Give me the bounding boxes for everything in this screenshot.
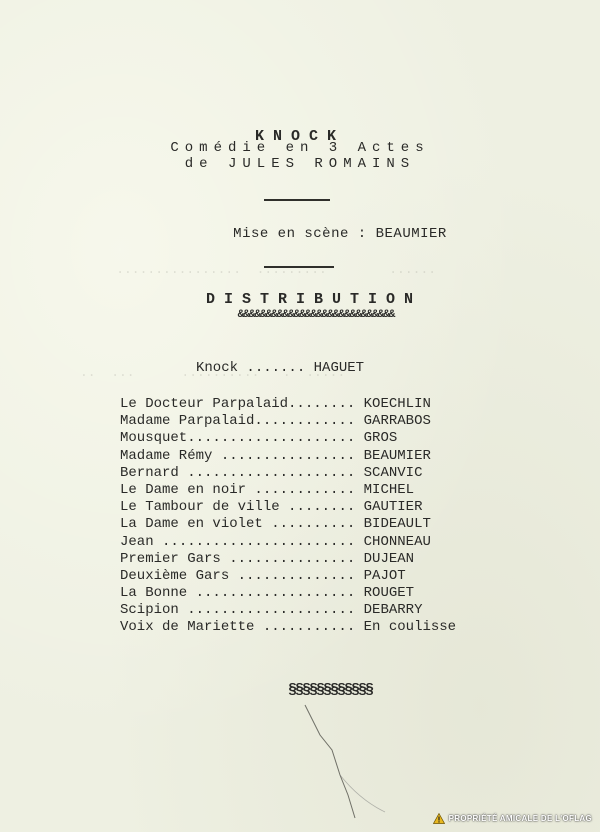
lead-cast-row: Knock ....... HAGUET bbox=[196, 360, 364, 376]
dot-leader: ................... bbox=[187, 585, 355, 601]
play-subtitle: Comédie en 3 Actes bbox=[0, 140, 600, 156]
cast-row: Le Dame en noir ............ MICHEL bbox=[120, 482, 456, 499]
dot-leader: .............. bbox=[229, 568, 355, 584]
cast-row: Bernard .................... SCANVIC bbox=[120, 465, 456, 482]
cast-row: Mousquet.................... GROS bbox=[120, 430, 456, 447]
paper-crease bbox=[300, 700, 390, 820]
dot-leader: ........ bbox=[280, 499, 356, 515]
role: Le Tambour de ville bbox=[120, 499, 280, 516]
end-ornament: §§§§§§§§§§§§ bbox=[30, 682, 600, 699]
role: Scipion bbox=[120, 602, 179, 619]
actor: ROUGET bbox=[364, 585, 414, 602]
staging-credit: Mise en scène : BEAUMIER bbox=[40, 226, 600, 242]
actor: SCANVIC bbox=[364, 465, 423, 482]
lead-role: Knock bbox=[196, 360, 238, 376]
role: La Bonne bbox=[120, 585, 187, 602]
bleed-through-text: ................ ......... ...... bbox=[85, 262, 436, 277]
staging-director: BEAUMIER bbox=[376, 226, 447, 242]
cast-list: Le Docteur Parpalaid........ KOECHLIN Ma… bbox=[120, 396, 456, 637]
role: Le Dame en noir bbox=[120, 482, 246, 499]
dot-leader: .................... bbox=[179, 465, 355, 481]
actor: GROS bbox=[364, 430, 398, 447]
dot-leader: ........ bbox=[288, 396, 355, 412]
role: Voix de Mariette bbox=[120, 619, 254, 636]
lead-actor: HAGUET bbox=[314, 360, 364, 376]
role: Madame Rémy bbox=[120, 448, 212, 465]
cast-row: Voix de Mariette ........... En coulisse bbox=[120, 619, 456, 636]
actor: DEBARRY bbox=[364, 602, 423, 619]
cast-row: Le Docteur Parpalaid........ KOECHLIN bbox=[120, 396, 456, 413]
cast-row: La Dame en violet .......... BIDEAULT bbox=[120, 516, 456, 533]
ownership-watermark: PROPRIÉTÉ AMICALE DE L'OFLAG bbox=[433, 813, 592, 824]
staging-label: Mise en scène : bbox=[233, 226, 367, 242]
cast-row: Madame Parpalaid............ GARRABOS bbox=[120, 413, 456, 430]
actor: CHONNEAU bbox=[364, 534, 431, 551]
dot-leader: ............ bbox=[254, 413, 355, 429]
actor: KOECHLIN bbox=[364, 396, 431, 413]
role: Bernard bbox=[120, 465, 179, 482]
role: Jean bbox=[120, 534, 154, 551]
cast-row: Scipion .................... DEBARRY bbox=[120, 602, 456, 619]
divider bbox=[264, 266, 334, 268]
actor: GARRABOS bbox=[364, 413, 431, 430]
cast-row: Madame Rémy ................ BEAUMIER bbox=[120, 448, 456, 465]
dot-leader: ................ bbox=[212, 448, 355, 464]
play-author: de JULES ROMAINS bbox=[0, 156, 600, 172]
dot-leader: ............... bbox=[221, 551, 355, 567]
cast-row: Premier Gars ............... DUJEAN bbox=[120, 551, 456, 568]
role: Le Docteur Parpalaid bbox=[120, 396, 288, 413]
dot-leader: ........... bbox=[254, 619, 355, 635]
lead-dots: ....... bbox=[246, 360, 305, 376]
typewritten-page: ................ ......... ...... .. ...… bbox=[0, 0, 600, 832]
actor: MICHEL bbox=[364, 482, 414, 499]
actor: DUJEAN bbox=[364, 551, 414, 568]
actor: BIDEAULT bbox=[364, 516, 431, 533]
watermark-text: PROPRIÉTÉ AMICALE DE L'OFLAG bbox=[449, 814, 592, 823]
dot-leader: ............ bbox=[246, 482, 355, 498]
actor: PAJOT bbox=[364, 568, 406, 585]
cast-row: Le Tambour de ville ........ GAUTIER bbox=[120, 499, 456, 516]
role: Madame Parpalaid bbox=[120, 413, 254, 430]
cast-row: Deuxième Gars .............. PAJOT bbox=[120, 568, 456, 585]
dot-leader: .......... bbox=[263, 516, 355, 532]
cast-row: Jean ....................... CHONNEAU bbox=[120, 534, 456, 551]
actor: En coulisse bbox=[364, 619, 456, 636]
dot-leader: ....................... bbox=[154, 534, 356, 550]
role: Deuxième Gars bbox=[120, 568, 229, 585]
cast-row: La Bonne ................... ROUGET bbox=[120, 585, 456, 602]
dot-leader: .................... bbox=[187, 430, 355, 446]
dot-leader: .................... bbox=[179, 602, 355, 618]
role: Premier Gars bbox=[120, 551, 221, 568]
role: Mousquet bbox=[120, 430, 187, 447]
warning-icon bbox=[433, 813, 445, 824]
divider bbox=[264, 199, 330, 201]
heading-ornament: &&&&&&&&&&&&&&&&&&&&&&&&&&&& bbox=[16, 309, 600, 321]
actor: GAUTIER bbox=[364, 499, 423, 516]
role: La Dame en violet bbox=[120, 516, 263, 533]
actor: BEAUMIER bbox=[364, 448, 431, 465]
section-heading: DISTRIBUTION bbox=[14, 291, 600, 308]
